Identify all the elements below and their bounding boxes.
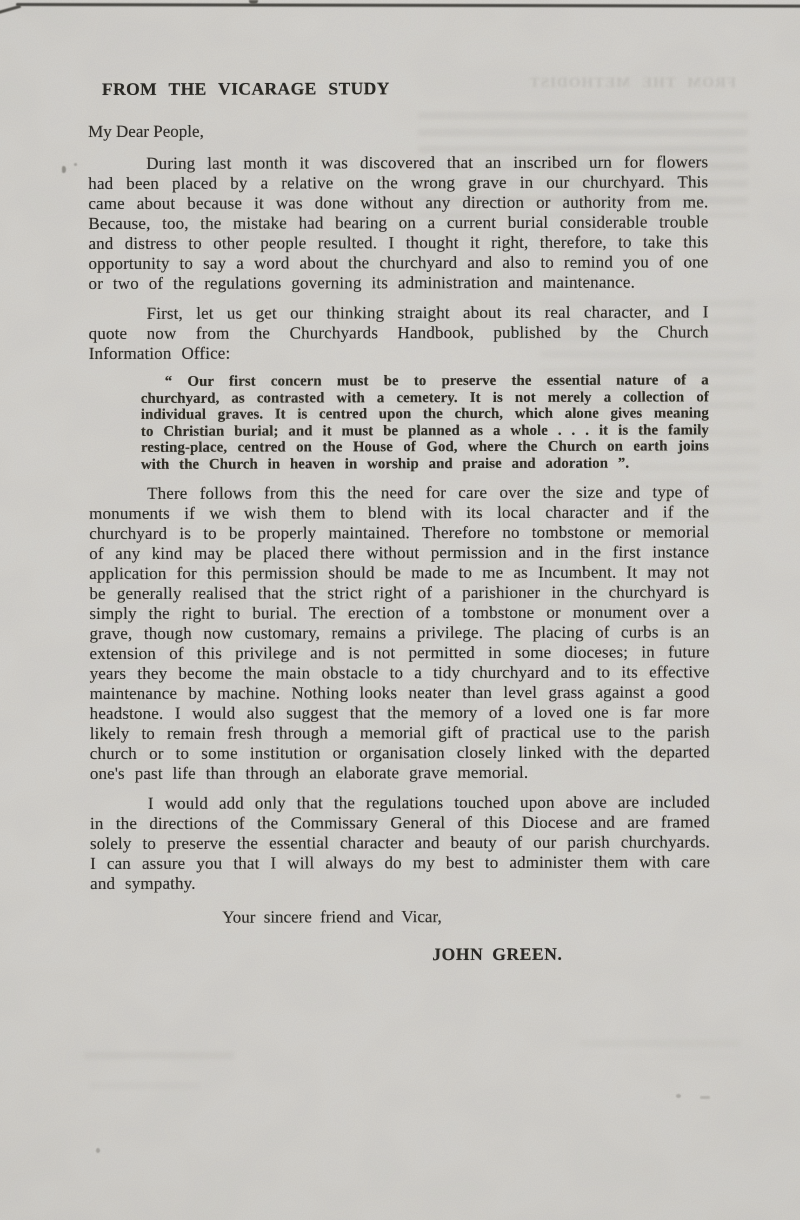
body-paragraph-3: There follows from this the need for car… [89,482,710,784]
scanned-parish-letter-page: FROM THE METHODIST FROM THE VICARAGE STU… [0,0,800,1220]
body-paragraph-1: During last month it was discovered that… [88,152,708,294]
body-paragraph-4: I would add only that the regulations to… [90,792,710,894]
body-paragraph-2: First, let us get our thinking straight … [89,302,709,364]
vicar-letter: FROM THE VICARAGE STUDY My Dear People, … [88,76,710,965]
page-title: FROM THE VICARAGE STUDY [102,76,708,100]
scan-top-edge-line [16,3,800,8]
ink-speck [62,166,66,173]
ghost-showthrough-text-strip [580,1040,740,1058]
ink-speck [74,163,77,166]
churchyards-handbook-quote: “ Our first concern must be to preserve … [141,372,709,473]
scan-top-notch-mark [249,0,258,4]
scan-top-left-diagonal-line [0,5,21,14]
ink-speck [96,1148,100,1153]
salutation: My Dear People, [88,120,708,142]
ghost-showthrough-text-strip [84,1052,234,1068]
closing-line: Your sincere friend and Vicar, [222,906,710,927]
signature-name: JOHN GREEN. [432,943,710,965]
ink-speck [700,1096,710,1099]
ghost-showthrough-text-strip [90,1082,200,1094]
ink-speck [676,1094,681,1098]
